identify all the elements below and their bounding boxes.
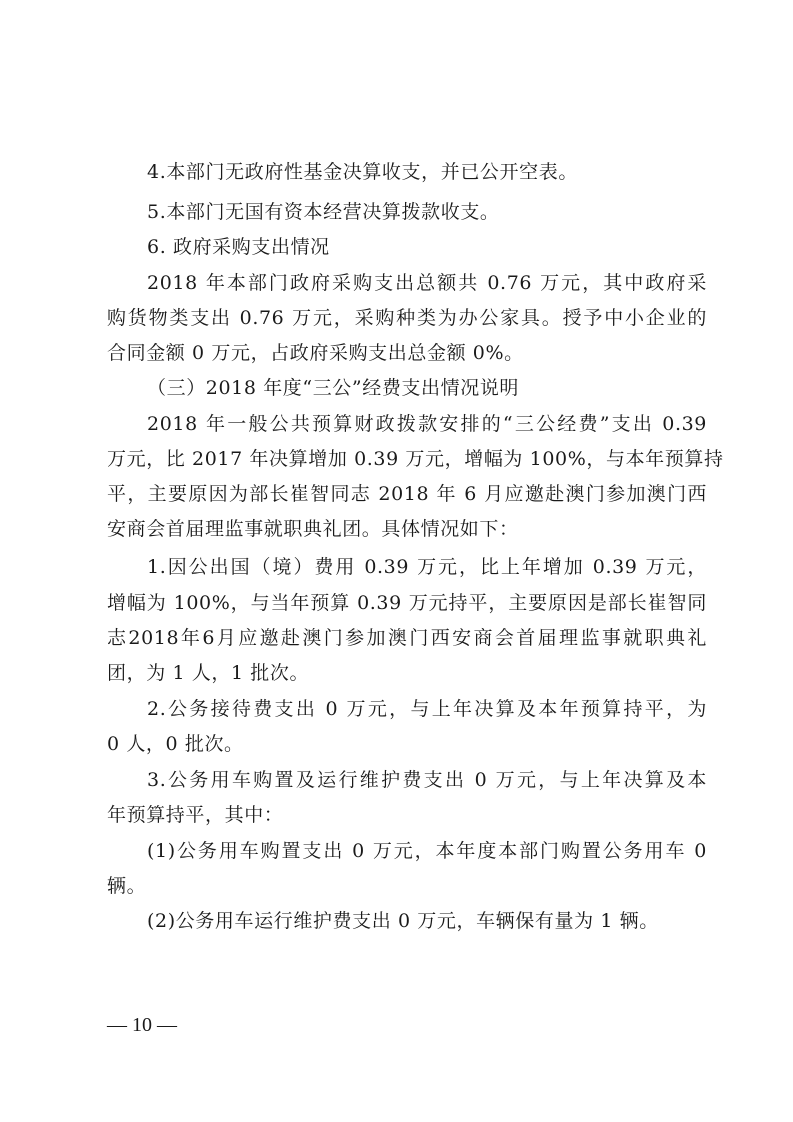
text-line: 平，主要原因为部长崔智同志 2018 年 6 月应邀赴澳门参加澳门西 [107, 482, 707, 506]
text-line: 年预算持平，其中： [107, 803, 707, 827]
text-line: 2.公务接待费支出 0 万元，与上年决算及本年预算持平，为 [147, 697, 707, 721]
text-line: 0 人，0 批次。 [107, 732, 707, 756]
text-line: 2018 年本部门政府采购支出总额共 0.76 万元，其中政府采 [147, 271, 707, 295]
text-line: 6. 政府采购支出情况 [147, 235, 707, 259]
text-line: 购货物类支出 0.76 万元，采购种类为办公家具。授予中小企业的 [107, 306, 707, 330]
text-line: (1)公务用车购置支出 0 万元，本年度本部门购置公务用车 0 [147, 839, 707, 863]
text-line: 5.本部门无国有资本经营决算拨款收支。 [147, 200, 707, 224]
text-line: (2)公务用车运行维护费支出 0 万元，车辆保有量为 1 辆。 [147, 909, 707, 933]
page-number: — 10 — [107, 1014, 177, 1037]
text-line: 辆。 [107, 874, 707, 898]
text-line: 团，为 1 人，1 批次。 [107, 661, 707, 685]
text-line: 3.公务用车购置及运行维护费支出 0 万元，与上年决算及本 [147, 768, 707, 792]
text-line: 合同金额 0 万元，占政府采购支出总金额 0%。 [107, 341, 707, 365]
text-line: 增幅为 100%，与当年预算 0.39 万元持平，主要原因是部长崔智同 [107, 591, 707, 615]
text-line: 1.因公出国（境）费用 0.39 万元，比上年增加 0.39 万元， [147, 555, 707, 579]
text-line: （三）2018 年度“三公”经费支出情况说明 [147, 376, 707, 400]
text-line: 2018 年一般公共预算财政拨款安排的“三公经费”支出 0.39 [147, 412, 707, 436]
text-line: 4.本部门无政府性基金决算收支，并已公开空表。 [147, 160, 707, 184]
text-line: 志2018年6月应邀赴澳门参加澳门西安商会首届理监事就职典礼 [107, 626, 707, 650]
text-line: 万元，比 2017 年决算增加 0.39 万元，增幅为 100%，与本年预算持 [107, 447, 707, 471]
text-line: 安商会首届理监事就职典礼团。具体情况如下： [107, 517, 707, 541]
